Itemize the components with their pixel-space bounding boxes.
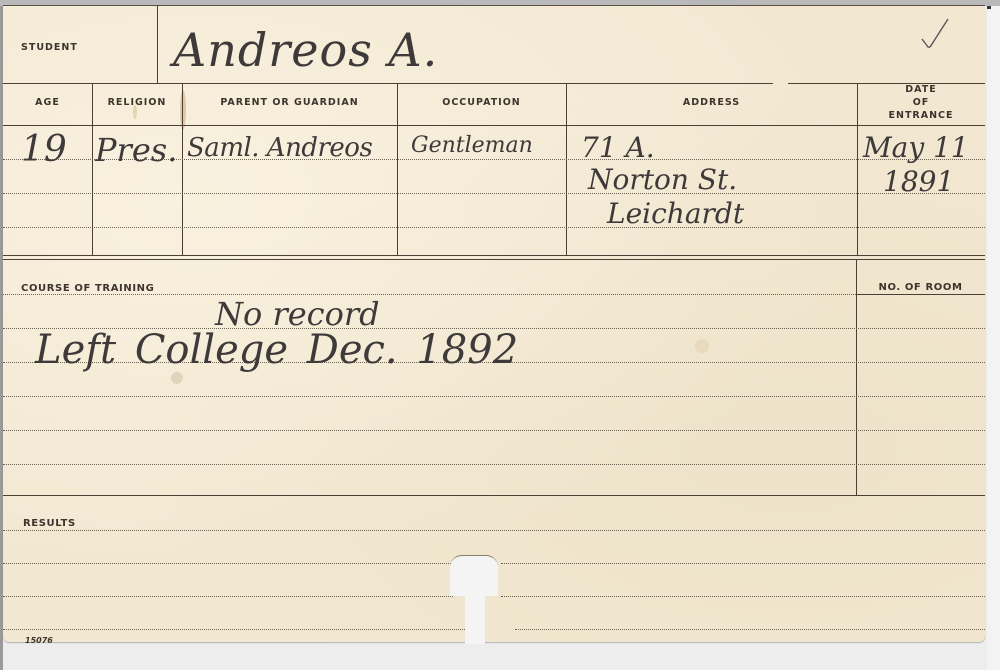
scan-right-edge [987, 6, 1000, 670]
address-line-2: Norton St. [588, 163, 737, 196]
course-text: Left College Dec. 1892 [35, 327, 518, 373]
column-header-religion: RELIGION [92, 96, 182, 109]
filing-notch [450, 555, 498, 596]
room-number-label: No. OF ROOM [856, 281, 985, 294]
check-mark-icon [920, 17, 950, 51]
entrance-date-day: May 11 [863, 131, 969, 164]
stain-mark [695, 339, 709, 353]
column-header-address: ADDRESS [566, 96, 857, 109]
occupation-value: Gentleman [411, 133, 533, 158]
form-number: 15076 [25, 636, 53, 645]
column-header-parent-or-guardian: PARENT OR GUARDIAN [182, 96, 397, 109]
student-label: STUDENT [21, 41, 78, 54]
results-label: RESULTS [23, 517, 76, 530]
student-name: Andreos A. [173, 23, 438, 77]
student-record-card: STUDENT Andreos A. AGE RELIGION PARENT O… [3, 5, 985, 642]
stain-mark [171, 372, 183, 384]
column-header-occupation: OCCUPATION [397, 96, 566, 109]
column-header-age: AGE [3, 96, 92, 109]
address-line-3: Leichardt [607, 197, 744, 230]
address-line-1: 71 A. [581, 131, 655, 164]
religion-value: Pres. [95, 131, 177, 169]
entrance-date-year: 1891 [883, 165, 954, 198]
age-value: 19 [21, 129, 67, 170]
filing-notch-stem [465, 594, 485, 644]
parent-value: Saml. Andreos [187, 133, 372, 163]
